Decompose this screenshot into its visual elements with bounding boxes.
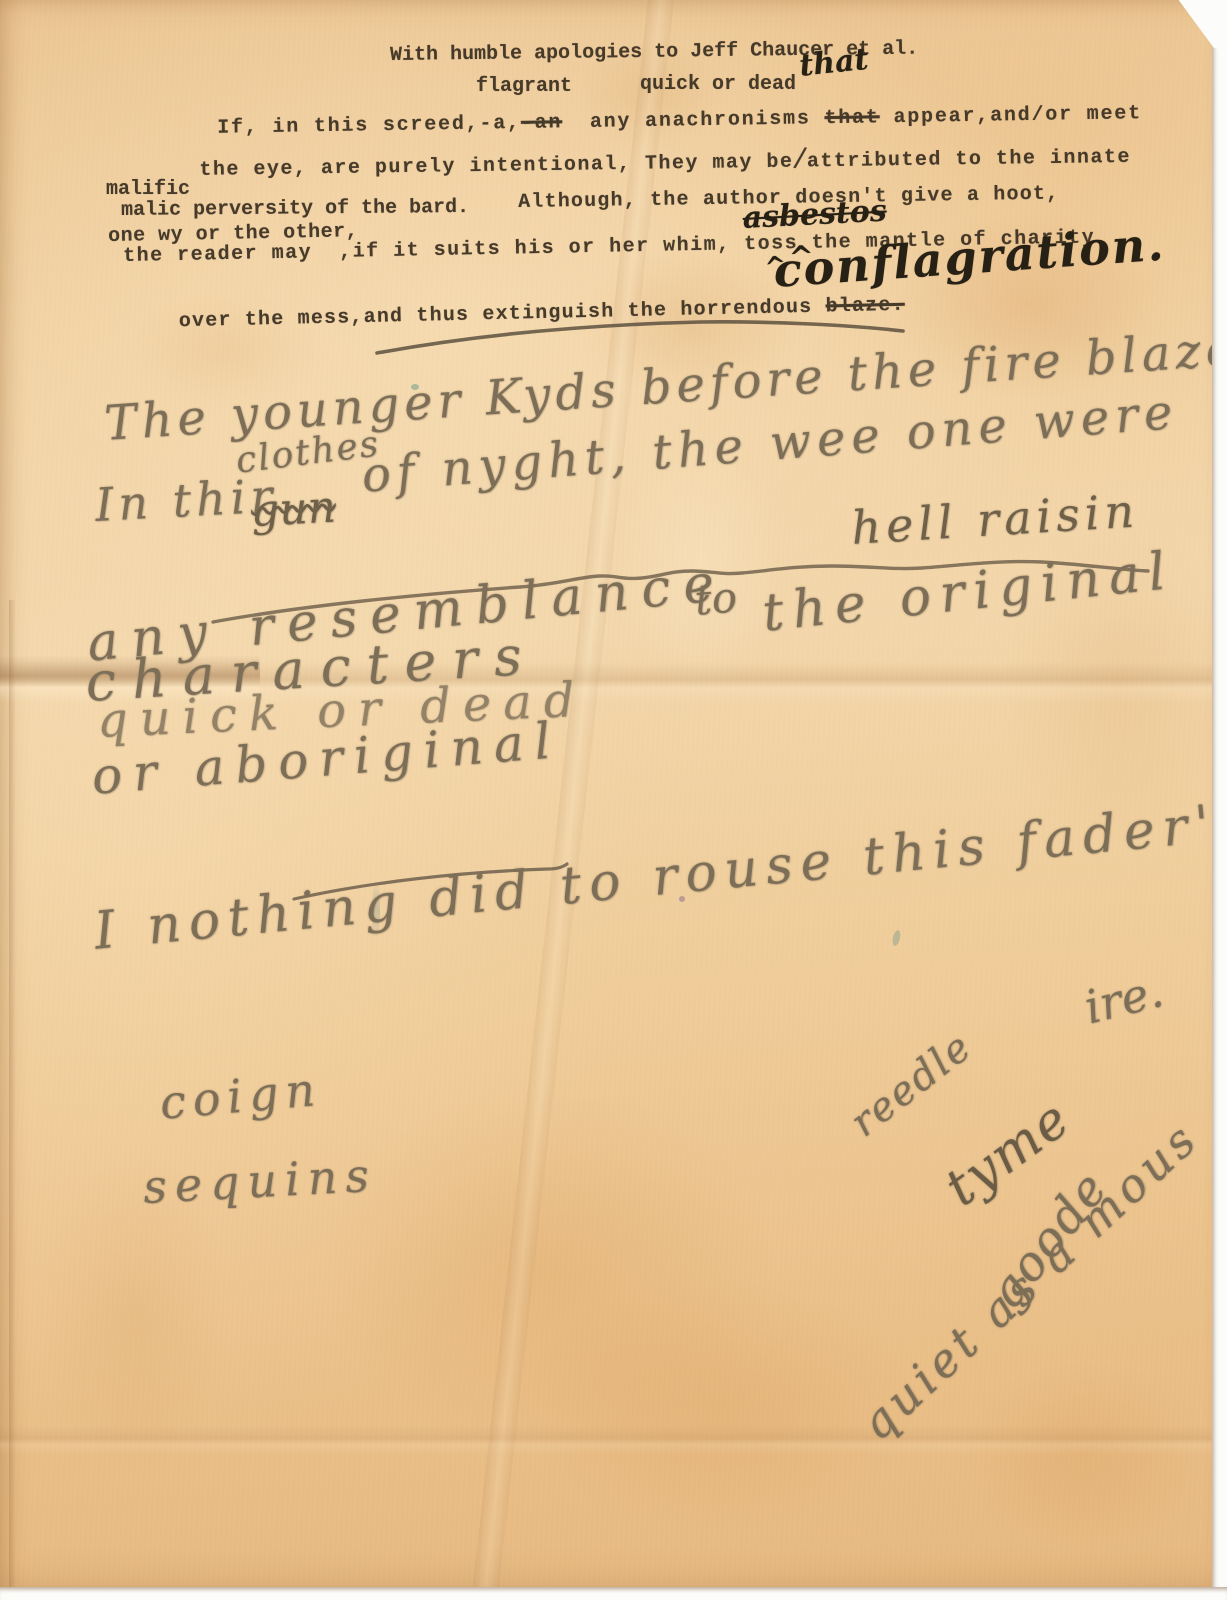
typed-attributed: attributed to the innate: [807, 146, 1131, 174]
pencil-rouse-line: I nothing did to rouse this fader's: [92, 795, 1227, 958]
scanner-background-right: [1212, 0, 1227, 1600]
typed-appear: appear,and/or meet: [880, 102, 1143, 129]
pencil-word-coign: coign: [158, 1066, 324, 1126]
typed-anachronisms: any anachronisms: [562, 107, 825, 134]
typed-blaze-struckout: blaze.: [825, 294, 905, 319]
typed-eye-pre: the eye, are purely intentional, They ma…: [199, 151, 793, 182]
handwritten-ink-that: that: [798, 45, 870, 82]
typed-that-struckout: that: [824, 106, 880, 130]
typed-screed-struckout: -an: [521, 111, 563, 135]
paper-stain: [960, 1360, 1210, 1550]
pen-slash-mark: /: [791, 147, 809, 179]
paper-stain: [320, 1090, 780, 1450]
pencil-word-reedle: reedle: [844, 1026, 979, 1144]
typed-over-pre: over the mess,and thus extinguish the ho…: [179, 296, 826, 334]
scanned-document-page: With humble apologies to Jeff Chaucer et…: [0, 0, 1227, 1600]
pencil-insert-to: to: [693, 576, 739, 622]
pencil-ire: ire.: [1080, 967, 1167, 1031]
scanner-background-bottom: [0, 1587, 1227, 1600]
pencil-struckout-word: gun: [250, 486, 337, 534]
typed-screed-pre: If, in this screed,-a,: [217, 112, 521, 140]
pencil-word-sequins: sequins: [142, 1152, 378, 1210]
paper-sheet: With humble apologies to Jeff Chaucer et…: [0, 0, 1227, 1600]
pencil-the-original: the original: [760, 545, 1177, 640]
left-edge-crease: [9, 600, 16, 1600]
horizontal-fold-crease-lower: [0, 1425, 1227, 1455]
pencil-hell-raisin: hell raisin: [850, 487, 1140, 550]
typed-line-malic: malic perversity of the bard.: [121, 198, 469, 221]
ink-speck: [891, 929, 901, 946]
handwritten-ink-asbestos: asbestos: [742, 196, 887, 233]
typed-word-malific: malific: [106, 180, 190, 200]
